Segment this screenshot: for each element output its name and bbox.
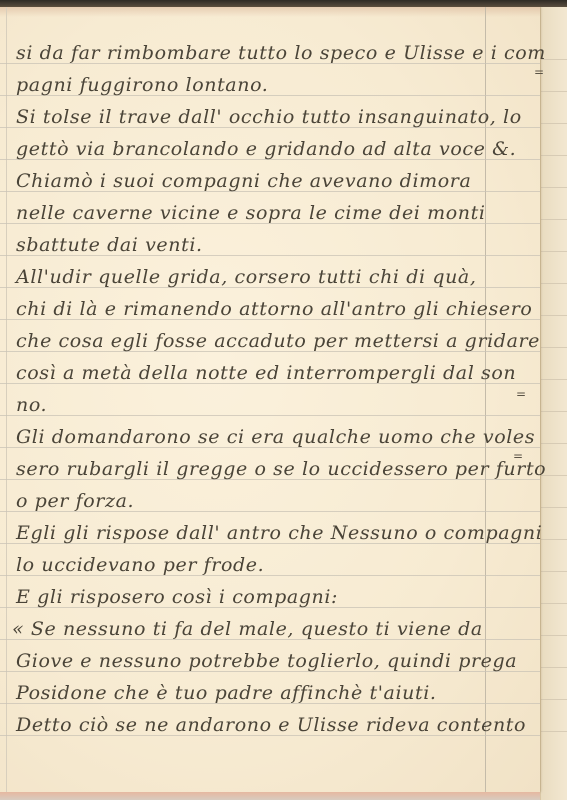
manuscript-line-11: così a metà della notte ed interrompergl… — [16, 361, 546, 385]
manuscript-line-22: Detto ciò se ne andarono e Ulisse rideva… — [16, 713, 546, 737]
manuscript-line-8: All'udir quelle grida, corsero tutti chi… — [16, 265, 546, 289]
notebook-page: si da far rimbombare tutto lo speco e Ul… — [0, 7, 540, 792]
manuscript-line-3: Si tolse il trave dall' occhio tutto ins… — [16, 105, 546, 129]
manuscript-line-1: si da far rimbombare tutto lo speco e Ul… — [16, 41, 546, 65]
manuscript-line-16: Egli gli rispose dall' antro che Nessuno… — [16, 521, 546, 545]
manuscript-line-6: nelle caverne vicine e sopra le cime dei… — [16, 201, 546, 225]
manuscript-line-14: sero rubargli il gregge o se lo uccidess… — [16, 457, 546, 481]
manuscript-line-12: no. — [16, 393, 546, 417]
manuscript-line-15: o per forza. — [16, 489, 546, 513]
manuscript-line-17: lo uccidevano per frode. — [16, 553, 546, 577]
manuscript-line-5: Chiamò i suoi compagni che avevano dimor… — [16, 169, 546, 193]
left-margin-line — [6, 7, 7, 792]
page-top-shading — [0, 7, 540, 17]
manuscript-line-18: E gli risposero così i compagni: — [16, 585, 546, 609]
manuscript-line-20: Giove e nessuno potrebbe toglierlo, quin… — [16, 649, 546, 673]
manuscript-line-10: che cosa egli fosse accaduto per metters… — [16, 329, 546, 353]
manuscript-line-9: chi di là e rimanendo attorno all'antro … — [16, 297, 546, 321]
ruled-line — [541, 635, 567, 636]
notebook-top-edge — [0, 0, 567, 7]
manuscript-scan: si da far rimbombare tutto lo speco e Ul… — [0, 0, 567, 800]
page-bottom-edge — [0, 792, 540, 800]
manuscript-line-21: Posidone che è tuo padre affinchè t'aiut… — [16, 681, 546, 705]
manuscript-line-7: sbattute dai venti. — [16, 233, 546, 257]
hyphenation-mark: = — [534, 65, 544, 79]
manuscript-line-19: « Se nessuno ti fa del male, questo ti v… — [12, 617, 542, 641]
hyphenation-mark: = — [516, 387, 526, 401]
hyphenation-mark: = — [513, 449, 523, 463]
manuscript-line-13: Gli domandarono se ci era qualche uomo c… — [16, 425, 546, 449]
manuscript-line-4: gettò via brancolando e gridando ad alta… — [16, 137, 546, 161]
manuscript-line-2: pagni fuggirono lontano. — [16, 73, 546, 97]
